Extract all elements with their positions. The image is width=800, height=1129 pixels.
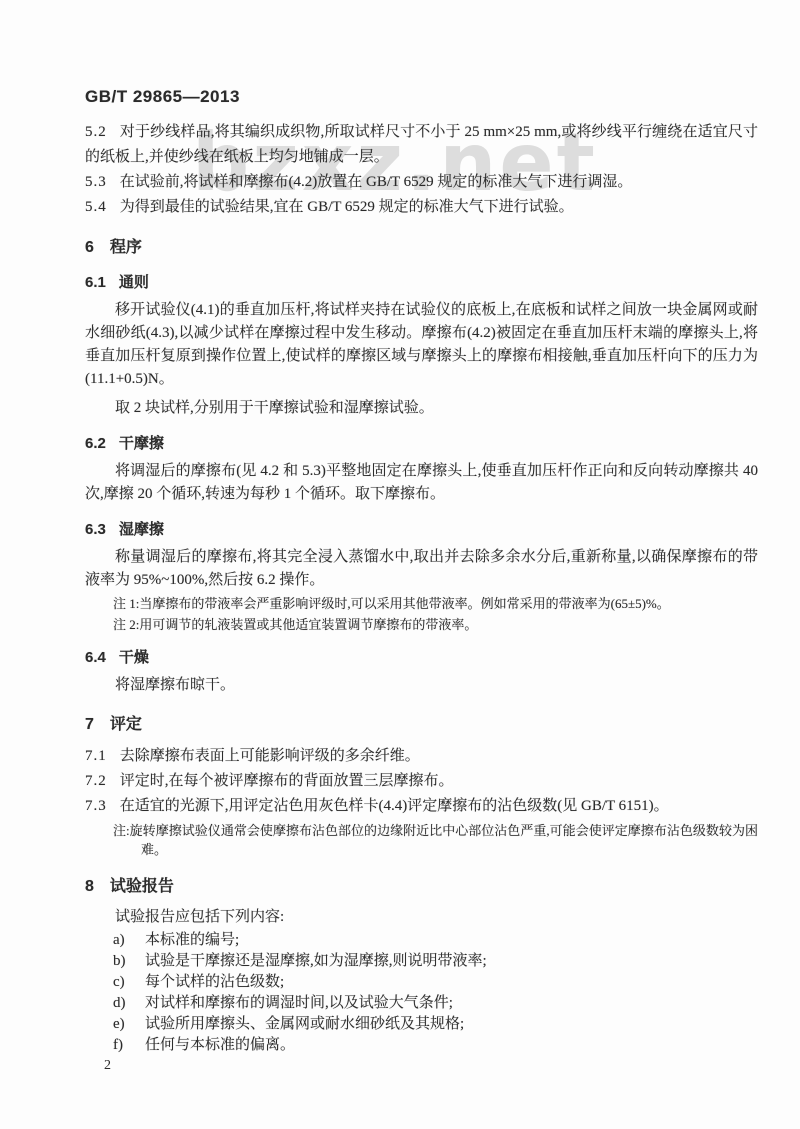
section-6-3-heading: 6.3湿摩擦 <box>85 520 758 540</box>
section-title: 评定 <box>110 716 142 733</box>
section-number: 6.1 <box>85 274 106 291</box>
page-number: 2 <box>104 1058 111 1074</box>
section-7-heading: 7评定 <box>85 714 758 736</box>
list-item-label: a) <box>113 930 145 951</box>
clause-number: 5.2 <box>85 124 107 140</box>
list-item-text: 任何与本标准的偏离。 <box>145 1035 758 1056</box>
section-title: 试验报告 <box>110 878 174 895</box>
clause-7-3: 7.3在适宜的光源下,用评定沾色用灰色样卡(4.4)评定摩擦布的沾色级数(见 G… <box>85 794 758 819</box>
section-number: 6 <box>85 239 94 256</box>
clause-number: 7.3 <box>85 798 107 814</box>
list-item: d)对试样和摩擦布的调湿时间,以及试验大气条件; <box>85 993 758 1014</box>
paragraph: 称量调湿后的摩擦布,将其完全浸入蒸馏水中,取出并去除多余水分后,重新称量,以确保… <box>85 546 758 592</box>
list-item-text: 对试样和摩擦布的调湿时间,以及试验大气条件; <box>145 993 758 1014</box>
clause-text: 在适宜的光源下,用评定沾色用灰色样卡(4.4)评定摩擦布的沾色级数(见 GB/T… <box>120 798 669 814</box>
paragraph: 取 2 块试样,分别用于干摩擦试验和湿摩擦试验。 <box>85 397 758 420</box>
clause-5-4: 5.4为得到最佳的试验结果,宜在 GB/T 6529 规定的标准大气下进行试验。 <box>85 195 758 220</box>
clause-7-1: 7.1去除摩擦布表面上可能影响评级的多余纤维。 <box>85 744 758 769</box>
clause-text: 评定时,在每个被评摩擦布的背面放置三层摩擦布。 <box>120 773 454 789</box>
note-1: 注 1:当摩擦布的带液率会严重影响评级时,可以采用其他带液率。例如常采用的带液率… <box>85 594 758 613</box>
clause-text: 在试验前,将试样和摩擦布(4.2)放置在 GB/T 6529 规定的标准大气下进… <box>120 174 633 190</box>
section-number: 6.3 <box>85 521 106 538</box>
section-number: 6.4 <box>85 649 106 666</box>
clause-number: 5.4 <box>85 199 107 215</box>
section-6-1-heading: 6.1通则 <box>85 273 758 293</box>
clause-7-2: 7.2评定时,在每个被评摩擦布的背面放置三层摩擦布。 <box>85 769 758 794</box>
report-intro: 试验报告应包括下列内容: <box>85 906 758 929</box>
list-item-label: f) <box>113 1035 145 1056</box>
section-number: 6.2 <box>85 435 106 452</box>
clause-number: 5.3 <box>85 174 107 190</box>
clause-5-3: 5.3在试验前,将试样和摩擦布(4.2)放置在 GB/T 6529 规定的标准大… <box>85 170 758 195</box>
clause-number: 7.2 <box>85 773 107 789</box>
document-body: GB/T 29865—2013 5.2对于纱线样品,将其编织成织物,所取试样尺寸… <box>0 0 800 1056</box>
list-item-label: d) <box>113 993 145 1014</box>
clause-text: 去除摩擦布表面上可能影响评级的多余纤维。 <box>120 748 420 764</box>
section-title: 干燥 <box>119 649 149 666</box>
section-6-2-heading: 6.2干摩擦 <box>85 434 758 454</box>
paragraph: 将调湿后的摩擦布(见 4.2 和 5.3)平整地固定在摩擦头上,使垂直加压杆作正… <box>85 460 758 506</box>
section-6-4-heading: 6.4干燥 <box>85 648 758 668</box>
note-7: 注:旋转摩擦试验仪通常会使摩擦布沾色部位的边缘附近比中心部位沾色严重,可能会使评… <box>85 821 758 859</box>
list-item-text: 试验所用摩擦头、金属网或耐水细砂纸及其规格; <box>145 1014 758 1035</box>
section-title: 程序 <box>110 239 142 256</box>
section-title: 通则 <box>119 274 149 291</box>
list-item: f)任何与本标准的偏离。 <box>85 1035 758 1056</box>
list-item: a)本标准的编号; <box>85 930 758 951</box>
paragraph: 移开试验仪(4.1)的垂直加压杆,将试样夹持在试验仪的底板上,在底板和试样之间放… <box>85 299 758 391</box>
section-number: 8 <box>85 878 94 895</box>
standard-number: GB/T 29865—2013 <box>85 86 758 108</box>
section-title: 干摩擦 <box>119 435 164 452</box>
list-item-text: 本标准的编号; <box>145 930 758 951</box>
section-8-heading: 8试验报告 <box>85 876 758 898</box>
clause-text: 为得到最佳的试验结果,宜在 GB/T 6529 规定的标准大气下进行试验。 <box>120 199 574 215</box>
list-item-label: e) <box>113 1014 145 1035</box>
section-title: 湿摩擦 <box>119 521 164 538</box>
clause-5-2: 5.2对于纱线样品,将其编织成织物,所取试样尺寸不小于 25 mm×25 mm,… <box>85 120 758 170</box>
section-6-heading: 6程序 <box>85 237 758 259</box>
clause-text: 对于纱线样品,将其编织成织物,所取试样尺寸不小于 25 mm×25 mm,或将纱… <box>85 124 758 165</box>
list-item-text: 试验是干摩擦还是湿摩擦,如为湿摩擦,则说明带液率; <box>145 951 758 972</box>
clause-number: 7.1 <box>85 748 107 764</box>
paragraph: 将湿摩擦布晾干。 <box>85 674 758 697</box>
list-item-text: 每个试样的沾色级数; <box>145 972 758 993</box>
section-number: 7 <box>85 716 94 733</box>
list-item: c)每个试样的沾色级数; <box>85 972 758 993</box>
scanned-standard-page: bzxz.net GB/T 29865—2013 5.2对于纱线样品,将其编织成… <box>0 0 800 1129</box>
list-item-label: b) <box>113 951 145 972</box>
list-item: e)试验所用摩擦头、金属网或耐水细砂纸及其规格; <box>85 1014 758 1035</box>
report-item-list: a)本标准的编号; b)试验是干摩擦还是湿摩擦,如为湿摩擦,则说明带液率; c)… <box>85 930 758 1056</box>
list-item: b)试验是干摩擦还是湿摩擦,如为湿摩擦,则说明带液率; <box>85 951 758 972</box>
list-item-label: c) <box>113 972 145 993</box>
note-2: 注 2:用可调节的轧液装置或其他适宜装置调节摩擦布的带液率。 <box>85 615 758 634</box>
